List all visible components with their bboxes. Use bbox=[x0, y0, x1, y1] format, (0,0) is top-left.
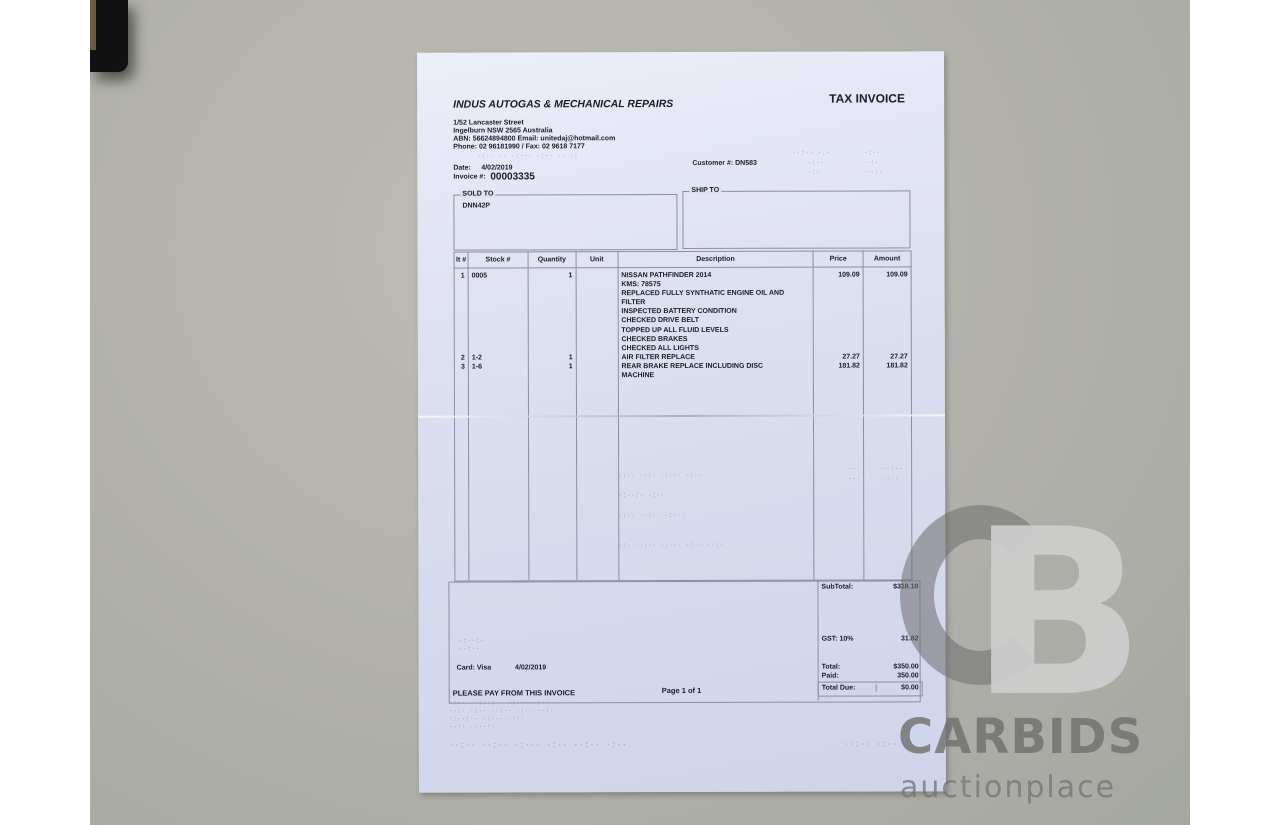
column-header: Unit bbox=[576, 252, 618, 268]
faded-text: ·:·· ··:· ·:··· ·:·· bbox=[618, 472, 702, 480]
photo-background: INDUS AUTOGAS & MECHANICAL REPAIRS TAX I… bbox=[90, 0, 1190, 825]
price: 181.82 bbox=[813, 361, 863, 379]
empty-cell bbox=[576, 380, 618, 580]
tax-invoice-document: INDUS AUTOGAS & MECHANICAL REPAIRS TAX I… bbox=[417, 51, 946, 792]
stock-number: 1-2 bbox=[468, 353, 528, 362]
unit bbox=[576, 268, 618, 353]
description-line: TOPPED UP ALL FLUID LEVELS bbox=[621, 325, 809, 335]
paid-label: Paid: bbox=[822, 673, 839, 680]
description: AIR FILTER REPLACE bbox=[618, 352, 813, 362]
watermark-brand: CARBIDS bbox=[898, 709, 1143, 765]
faded-text: ·:··:···:·· bbox=[459, 638, 484, 654]
description-line: AIR FILTER REPLACE bbox=[621, 353, 809, 363]
faded-text: ·:· ··:·· ·:··· ·:·· ··:· bbox=[618, 542, 723, 550]
description-line: KMS: 78575 bbox=[621, 280, 809, 290]
description: NISSAN PATHFINDER 2014KMS: 78575REPLACED… bbox=[618, 267, 814, 353]
amount: 109.09 bbox=[863, 267, 911, 352]
price: 27.27 bbox=[813, 352, 863, 361]
address-line: ABN: 56624894800 Email: unitedaj@hotmail… bbox=[453, 135, 615, 143]
description-line: CHECKED DRIVE BELT bbox=[621, 316, 809, 326]
table-filler-row bbox=[454, 380, 912, 582]
faded-text: ··:·· ·.· ·:·· bbox=[792, 149, 880, 157]
dark-object bbox=[90, 0, 128, 72]
faded-text: ··· ·:·· bbox=[848, 475, 898, 483]
empty-cell bbox=[468, 381, 528, 582]
quantity: 1 bbox=[528, 268, 576, 353]
empty-cell bbox=[528, 380, 576, 580]
description-line: REPLACED FULLY SYNTHATIC ENGINE OIL AND bbox=[621, 289, 809, 299]
faded-text: ·:·· ··:··:·· ·:··· ·:····:· ·:·· ··:·· … bbox=[449, 699, 554, 731]
column-header: Description bbox=[618, 251, 813, 268]
stock-number: 1-6 bbox=[468, 362, 528, 380]
line-items-table: It # Stock # Quantity Unit Description P… bbox=[454, 250, 913, 581]
faded-text: ·:··:· ·:·· bbox=[618, 492, 664, 500]
gst-label: GST: 10% bbox=[822, 636, 854, 643]
description-line: NISSAN PATHFINDER 2014 bbox=[621, 271, 809, 281]
subtotal-label: SubTotal: bbox=[821, 584, 853, 591]
invoice-number: 00003335 bbox=[490, 171, 535, 182]
price: 109.09 bbox=[813, 267, 863, 352]
description-line: CHECKED ALL LIGHTS bbox=[621, 343, 809, 353]
description-line: REAR BRAKE REPLACE INCLUDING DISC bbox=[622, 362, 810, 372]
table-header-row: It # Stock # Quantity Unit Description P… bbox=[454, 251, 911, 268]
description-line: CHECKED BRAKES bbox=[621, 334, 809, 344]
ship-to-box: SHIP TO bbox=[682, 190, 910, 249]
quantity: 1 bbox=[528, 362, 576, 380]
column-header: It # bbox=[454, 252, 468, 268]
empty-cell bbox=[454, 381, 469, 581]
amount: 181.82 bbox=[863, 361, 911, 379]
column-header: Quantity bbox=[528, 252, 576, 268]
faded-text: ·:·· ··:·· ·:··· bbox=[618, 512, 685, 520]
table-row: 100051NISSAN PATHFINDER 2014KMS: 78575RE… bbox=[454, 267, 911, 354]
amount: 27.27 bbox=[863, 352, 911, 361]
item-number: 2 bbox=[454, 353, 468, 362]
card-payment: Card: Visa 4/02/2019 bbox=[457, 664, 547, 671]
total-due-label: Total Due: bbox=[822, 685, 856, 692]
sold-to-value: DNN42P bbox=[462, 203, 490, 210]
table-row: 31-61REAR BRAKE REPLACE INCLUDING DISCMA… bbox=[454, 361, 911, 380]
description: REAR BRAKE REPLACE INCLUDING DISCMACHINE bbox=[618, 362, 814, 381]
invoice-number-label: Invoice #: bbox=[453, 174, 485, 181]
customer-label: Customer #: bbox=[692, 160, 733, 167]
column-header: Stock # bbox=[468, 252, 528, 268]
total-label: Total: bbox=[822, 664, 841, 671]
watermark-tagline: auctionplace bbox=[900, 770, 1116, 805]
customer-number: Customer #: DN583 bbox=[692, 160, 757, 167]
stock-number: 0005 bbox=[468, 268, 528, 354]
company-name: INDUS AUTOGAS & MECHANICAL REPAIRS bbox=[453, 98, 673, 111]
sold-to-box: SOLD TO DNN42P bbox=[453, 194, 677, 251]
item-number: 3 bbox=[454, 362, 468, 380]
customer-value: DN583 bbox=[735, 160, 757, 167]
faded-text: ··:·· ··:·· ·:··· ·:·· ··:·· ·:·· bbox=[449, 740, 627, 750]
card-date: 4/02/2019 bbox=[515, 664, 546, 671]
description-line: FILTER bbox=[621, 298, 809, 308]
date-label: Date: bbox=[453, 165, 471, 172]
page-info: Page 1 of 1 bbox=[662, 686, 702, 695]
address-line: Phone: 02 96181990 / Fax: 02 9618 7177 bbox=[453, 143, 615, 151]
b-letter-logo: B bbox=[970, 500, 1145, 730]
pay-note: PLEASE PAY FROM THIS INVOICE bbox=[453, 688, 575, 697]
unit bbox=[576, 353, 618, 362]
faded-text: ·:·· ·· ·:··· ·:·· ·· ·: bbox=[477, 152, 578, 160]
empty-cell bbox=[618, 380, 814, 581]
ship-to-label: SHIP TO bbox=[689, 187, 721, 194]
description-line: INSPECTED BATTERY CONDITION bbox=[621, 307, 809, 317]
quantity: 1 bbox=[528, 353, 576, 362]
sold-to-label: SOLD TO bbox=[460, 190, 495, 197]
document-title: TAX INVOICE bbox=[829, 91, 905, 105]
column-header: Price bbox=[813, 251, 863, 267]
faded-text: ·:· ···:· bbox=[807, 168, 883, 176]
unit bbox=[576, 362, 618, 380]
faded-text: ·· ··:·· bbox=[848, 465, 903, 473]
company-address: 1/52 Lancaster Street Ingelburn NSW 2565… bbox=[453, 119, 615, 151]
carbids-watermark: B CARBIDS auctionplace bbox=[890, 495, 1190, 825]
column-header: Amount bbox=[863, 251, 911, 267]
item-number: 1 bbox=[454, 268, 468, 353]
faded-text: ·:·· ··:· bbox=[807, 159, 878, 167]
card-label: Card: Visa bbox=[457, 664, 492, 671]
description-line: MACHINE bbox=[622, 371, 810, 381]
